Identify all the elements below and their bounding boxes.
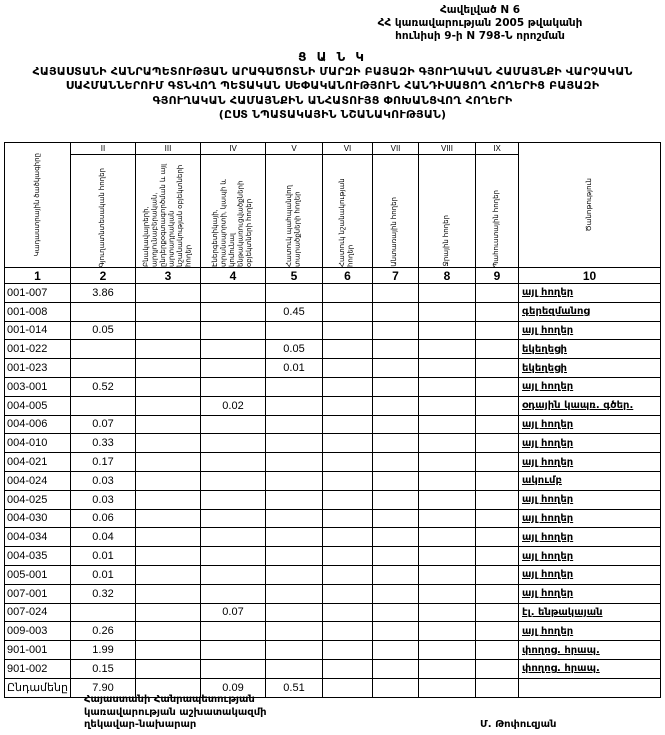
area-cell-c8 xyxy=(419,321,476,340)
area-cell-c7 xyxy=(373,453,419,472)
area-cell-c8 xyxy=(419,603,476,622)
area-cell-c6 xyxy=(323,528,373,547)
area-cell-c9 xyxy=(476,434,519,453)
area-cell-c7 xyxy=(373,547,419,566)
area-cell-c3 xyxy=(136,415,201,434)
area-cell-c6 xyxy=(323,359,373,378)
area-cell-c3 xyxy=(136,284,201,303)
area-cell-c2: 0.33 xyxy=(71,434,136,453)
area-cell-c7 xyxy=(373,509,419,528)
cadastral-code-cell: 001-014 xyxy=(5,321,71,340)
area-cell-c2: 0.01 xyxy=(71,565,136,584)
area-cell-c7 xyxy=(373,415,419,434)
area-cell-c4 xyxy=(201,490,266,509)
area-cell-c2 xyxy=(71,396,136,415)
area-cell-c7 xyxy=(373,321,419,340)
table-row: 004-0240.03ակումբ xyxy=(5,471,661,490)
area-cell-c6 xyxy=(323,678,373,697)
area-cell-c9 xyxy=(476,453,519,472)
area-cell-c4 xyxy=(201,528,266,547)
table-row: 001-0080.45գերեզմանոց xyxy=(5,302,661,321)
cadastral-code-cell: 009-003 xyxy=(5,622,71,641)
area-cell-c8 xyxy=(419,641,476,660)
table-row: 901-0020.15փողոց. հրապ. xyxy=(5,659,661,678)
area-cell-c5: 0.45 xyxy=(266,302,323,321)
area-cell-c7 xyxy=(373,565,419,584)
area-cell-c2 xyxy=(71,302,136,321)
area-cell-c4 xyxy=(201,340,266,359)
area-cell-c9 xyxy=(476,565,519,584)
column-number: 10 xyxy=(519,268,661,284)
area-cell-c5 xyxy=(266,584,323,603)
area-cell-c8 xyxy=(419,284,476,303)
area-cell-c4 xyxy=(201,377,266,396)
area-cell-c8 xyxy=(419,302,476,321)
cadastral-code-cell: 004-005 xyxy=(5,396,71,415)
column-number-row: 1 2 3 4 5 6 7 8 9 10 xyxy=(5,268,661,284)
area-cell-c8 xyxy=(419,659,476,678)
area-cell-c7 xyxy=(373,659,419,678)
area-cell-c5 xyxy=(266,490,323,509)
header-special-purpose: Հատուկ նշանակության հողեր xyxy=(323,155,373,268)
note-cell: այլ հողեր xyxy=(519,584,661,603)
area-cell-c6 xyxy=(323,471,373,490)
area-cell-c9 xyxy=(476,528,519,547)
area-cell-c9 xyxy=(476,471,519,490)
area-cell-c2: 0.26 xyxy=(71,622,136,641)
area-cell-c2: 0.15 xyxy=(71,659,136,678)
area-cell-c8 xyxy=(419,359,476,378)
table-row: 003-0010.52այլ հողեր xyxy=(5,377,661,396)
header-settlements-industrial: Բնակավայրերի, արդյունաբերական, ընդերքօգտ… xyxy=(136,155,201,268)
area-cell-c2: 0.07 xyxy=(71,415,136,434)
note-cell: այլ հողեր xyxy=(519,565,661,584)
area-cell-c9 xyxy=(476,622,519,641)
cadastral-code-cell: Ընդամենը xyxy=(5,678,71,697)
document-title: Ց Ա Ն Կ ՀԱՅԱՍՏԱՆԻ ՀԱՆՐԱՊԵՏՈՒԹՅԱՆ ԱՐԱԳԱԾՈ… xyxy=(0,50,665,123)
area-cell-c7 xyxy=(373,359,419,378)
area-cell-c9 xyxy=(476,377,519,396)
title-line-2: ՍԱՀՄԱՆՆԵՐՈՒՄ ԳՏՆՎՈՂ ՊԵՏԱԿԱՆ ՍԵՓԱԿԱՆՈՒԹՅՈ… xyxy=(0,79,665,94)
area-cell-c6 xyxy=(323,622,373,641)
area-cell-c5 xyxy=(266,471,323,490)
area-cell-c6 xyxy=(323,490,373,509)
column-number: 2 xyxy=(71,268,136,284)
table-row: 004-0250.03այլ հողեր xyxy=(5,490,661,509)
area-cell-c5 xyxy=(266,434,323,453)
area-cell-c6 xyxy=(323,377,373,396)
area-cell-c7 xyxy=(373,584,419,603)
signatory-title: Հայաստանի Հանրապետության կառավարության ա… xyxy=(84,694,267,732)
area-cell-c3 xyxy=(136,528,201,547)
area-cell-c5: 0.01 xyxy=(266,359,323,378)
cadastral-code-cell: 001-008 xyxy=(5,302,71,321)
note-cell: գերեզմանոց xyxy=(519,302,661,321)
table-row: 004-0350.01այլ հողեր xyxy=(5,547,661,566)
area-cell-c9 xyxy=(476,584,519,603)
area-cell-c9 xyxy=(476,302,519,321)
table-row: 004-0300.06այլ հողեր xyxy=(5,509,661,528)
title-line-4: (ԸՍՏ ՆՊԱՏԱԿԱՅԻՆ ՆՇԱՆԱԿՈՒԹՅԱՆ) xyxy=(0,108,665,123)
area-cell-c6 xyxy=(323,453,373,472)
table-row: 901-0011.99փողոց. հրապ. xyxy=(5,641,661,660)
area-cell-c4 xyxy=(201,359,266,378)
column-number: 8 xyxy=(419,268,476,284)
cadastral-code-cell: 004-006 xyxy=(5,415,71,434)
note-cell: փողոց. հրապ. xyxy=(519,659,661,678)
area-cell-c2 xyxy=(71,340,136,359)
column-number: 3 xyxy=(136,268,201,284)
area-cell-c5 xyxy=(266,377,323,396)
area-cell-c4 xyxy=(201,584,266,603)
area-cell-c5 xyxy=(266,415,323,434)
note-cell: այլ հողեր xyxy=(519,622,661,641)
table-row: 004-0210.17այլ հողեր xyxy=(5,453,661,472)
area-cell-c8 xyxy=(419,340,476,359)
area-cell-c8 xyxy=(419,490,476,509)
area-cell-c3 xyxy=(136,359,201,378)
area-cell-c9 xyxy=(476,415,519,434)
area-cell-c7 xyxy=(373,622,419,641)
cadastral-code-cell: 004-034 xyxy=(5,528,71,547)
table-row: 001-0140.05այլ հողեր xyxy=(5,321,661,340)
table-row: 004-0340.04այլ հողեր xyxy=(5,528,661,547)
roman-numeral-row: Կադաստրային ծածկագիրը II III IV V VI VII… xyxy=(5,143,661,155)
area-cell-c3 xyxy=(136,603,201,622)
note-cell: այլ հողեր xyxy=(519,321,661,340)
area-cell-c4 xyxy=(201,659,266,678)
title-heading: Ց Ա Ն Կ xyxy=(0,50,665,65)
roman-9: IX xyxy=(476,143,519,155)
area-cell-c6 xyxy=(323,584,373,603)
area-cell-c4 xyxy=(201,622,266,641)
area-cell-c6 xyxy=(323,641,373,660)
area-cell-c9 xyxy=(476,321,519,340)
area-cell-c2: 0.17 xyxy=(71,453,136,472)
area-cell-c6 xyxy=(323,321,373,340)
roman-7: VII xyxy=(373,143,419,155)
area-cell-c9 xyxy=(476,359,519,378)
annex-number: Հավելված N 6 xyxy=(330,4,630,17)
note-cell: այլ հողեր xyxy=(519,284,661,303)
area-cell-c8 xyxy=(419,453,476,472)
area-cell-c2: 0.01 xyxy=(71,547,136,566)
note-cell: այլ հողեր xyxy=(519,434,661,453)
note-cell: այլ հողեր xyxy=(519,509,661,528)
column-number: 1 xyxy=(5,268,71,284)
annex-date: հունիսի 9-ի N 798-Ն որոշման xyxy=(330,30,630,43)
cadastral-code-cell: 004-025 xyxy=(5,490,71,509)
area-cell-c9 xyxy=(476,490,519,509)
cadastral-code-cell: 004-024 xyxy=(5,471,71,490)
area-cell-c5 xyxy=(266,284,323,303)
area-cell-c9 xyxy=(476,509,519,528)
area-cell-c5 xyxy=(266,509,323,528)
area-cell-c5 xyxy=(266,528,323,547)
area-cell-c8 xyxy=(419,396,476,415)
area-cell-c7 xyxy=(373,284,419,303)
area-cell-c4 xyxy=(201,565,266,584)
cadastral-code-cell: 003-001 xyxy=(5,377,71,396)
roman-8: VIII xyxy=(419,143,476,155)
area-cell-c8 xyxy=(419,678,476,697)
cadastral-code-cell: 001-007 xyxy=(5,284,71,303)
area-cell-c6 xyxy=(323,565,373,584)
header-reserve: Պահուստային հողեր xyxy=(476,155,519,268)
area-cell-c9 xyxy=(476,396,519,415)
area-cell-c4 xyxy=(201,641,266,660)
area-cell-c9 xyxy=(476,678,519,697)
title-line-3: ԳՅՈՒՂԱԿԱՆ ՀԱՄԱՅՆՔԻՆ ԱՆՀԱՏՈՒՅՑ ՓՈԽԱՆՑՎՈՂ … xyxy=(0,94,665,109)
note-cell: այլ հողեր xyxy=(519,377,661,396)
area-cell-c2: 3.86 xyxy=(71,284,136,303)
cadastral-code-cell: 004-035 xyxy=(5,547,71,566)
area-cell-c8 xyxy=(419,415,476,434)
area-cell-c4 xyxy=(201,471,266,490)
area-cell-c3 xyxy=(136,453,201,472)
roman-5: V xyxy=(266,143,323,155)
header-agricultural: Գյուղատնտեսական հողեր xyxy=(71,155,136,268)
area-cell-c3 xyxy=(136,434,201,453)
area-cell-c2: 0.52 xyxy=(71,377,136,396)
area-cell-c5 xyxy=(266,396,323,415)
note-cell: այլ հողեր xyxy=(519,547,661,566)
cadastral-code-cell: 007-024 xyxy=(5,603,71,622)
area-cell-c4 xyxy=(201,321,266,340)
area-cell-c9 xyxy=(476,641,519,660)
area-cell-c3 xyxy=(136,396,201,415)
area-cell-c8 xyxy=(419,622,476,641)
area-cell-c5: 0.51 xyxy=(266,678,323,697)
column-number: 7 xyxy=(373,268,419,284)
area-cell-c3 xyxy=(136,565,201,584)
roman-2: II xyxy=(71,143,136,155)
annex-decision: ՀՀ կառավարության 2005 թվականի xyxy=(330,17,630,30)
area-cell-c3 xyxy=(136,547,201,566)
roman-6: VI xyxy=(323,143,373,155)
area-cell-c4 xyxy=(201,509,266,528)
area-cell-c6 xyxy=(323,434,373,453)
column-number: 4 xyxy=(201,268,266,284)
area-cell-c7 xyxy=(373,340,419,359)
area-cell-c4 xyxy=(201,284,266,303)
area-cell-c7 xyxy=(373,302,419,321)
note-cell: ակումբ xyxy=(519,471,661,490)
area-cell-c3 xyxy=(136,641,201,660)
cadastral-code-cell: 004-021 xyxy=(5,453,71,472)
area-cell-c2 xyxy=(71,359,136,378)
area-cell-c8 xyxy=(419,509,476,528)
table-row: 009-0030.26այլ հողեր xyxy=(5,622,661,641)
title-line-1: ՀԱՅԱՍՏԱՆԻ ՀԱՆՐԱՊԵՏՈՒԹՅԱՆ ԱՐԱԳԱԾՈՏՆԻ ՄԱՐԶ… xyxy=(0,65,665,80)
note-cell: այլ հողեր xyxy=(519,453,661,472)
cadastral-code-cell: 007-001 xyxy=(5,584,71,603)
area-cell-c4 xyxy=(201,302,266,321)
area-cell-c3 xyxy=(136,321,201,340)
note-cell: էլ. ենթակայան xyxy=(519,603,661,622)
area-cell-c8 xyxy=(419,584,476,603)
area-cell-c5 xyxy=(266,547,323,566)
area-cell-c2: 0.03 xyxy=(71,490,136,509)
area-cell-c4: 0.02 xyxy=(201,396,266,415)
area-cell-c7 xyxy=(373,678,419,697)
area-cell-c7 xyxy=(373,471,419,490)
area-cell-c5 xyxy=(266,641,323,660)
note-cell: այլ հողեր xyxy=(519,528,661,547)
cadastral-code-cell: 901-002 xyxy=(5,659,71,678)
area-cell-c4 xyxy=(201,547,266,566)
note-cell: օդային կապռ. գծեր. xyxy=(519,396,661,415)
area-cell-c6 xyxy=(323,509,373,528)
header-notes: Ծանոթություն xyxy=(519,143,661,268)
area-cell-c4 xyxy=(201,434,266,453)
cadastral-code-cell: 005-001 xyxy=(5,565,71,584)
area-cell-c5 xyxy=(266,603,323,622)
area-cell-c7 xyxy=(373,396,419,415)
area-cell-c6 xyxy=(323,659,373,678)
column-number: 9 xyxy=(476,268,519,284)
signatory-name: Մ. Թոփուզյան xyxy=(480,719,556,730)
area-cell-c3 xyxy=(136,584,201,603)
area-cell-c8 xyxy=(419,434,476,453)
area-cell-c2: 0.04 xyxy=(71,528,136,547)
header-forest: Անտառային հողեր xyxy=(373,155,419,268)
area-cell-c8 xyxy=(419,471,476,490)
area-cell-c3 xyxy=(136,340,201,359)
area-cell-c2: 0.06 xyxy=(71,509,136,528)
cadastral-code-cell: 901-001 xyxy=(5,641,71,660)
area-cell-c3 xyxy=(136,659,201,678)
area-cell-c7 xyxy=(373,528,419,547)
area-cell-c3 xyxy=(136,622,201,641)
area-cell-c9 xyxy=(476,659,519,678)
table-row: 004-0100.33այլ հողեր xyxy=(5,434,661,453)
table-row: 007-0240.07էլ. ենթակայան xyxy=(5,603,661,622)
cadastral-code-cell: 004-010 xyxy=(5,434,71,453)
area-cell-c6 xyxy=(323,415,373,434)
column-number: 6 xyxy=(323,268,373,284)
area-cell-c9 xyxy=(476,547,519,566)
area-cell-c9 xyxy=(476,340,519,359)
note-cell xyxy=(519,678,661,697)
cadastral-code-cell: 001-023 xyxy=(5,359,71,378)
area-cell-c7 xyxy=(373,603,419,622)
area-cell-c4 xyxy=(201,453,266,472)
note-cell: եկեղեցի xyxy=(519,359,661,378)
land-register-table: Կադաստրային ծածկագիրը II III IV V VI VII… xyxy=(4,142,661,698)
area-cell-c6 xyxy=(323,302,373,321)
table-row: 004-0060.07այլ հողեր xyxy=(5,415,661,434)
note-cell: այլ հողեր xyxy=(519,415,661,434)
area-cell-c2: 1.99 xyxy=(71,641,136,660)
area-cell-c7 xyxy=(373,490,419,509)
cadastral-code-cell: 001-022 xyxy=(5,340,71,359)
area-cell-c8 xyxy=(419,547,476,566)
table-row: 001-0220.05եկեղեցի xyxy=(5,340,661,359)
area-cell-c9 xyxy=(476,284,519,303)
note-cell: այլ հողեր xyxy=(519,490,661,509)
header-cadastral-code: Կադաստրային ծածկագիրը xyxy=(5,143,71,268)
table-row: 007-0010.32այլ հողեր xyxy=(5,584,661,603)
table-row: 004-0050.02օդային կապռ. գծեր. xyxy=(5,396,661,415)
note-cell: փողոց. հրապ. xyxy=(519,641,661,660)
area-cell-c8 xyxy=(419,528,476,547)
area-cell-c6 xyxy=(323,603,373,622)
area-cell-c5 xyxy=(266,622,323,641)
area-cell-c6 xyxy=(323,284,373,303)
area-cell-c7 xyxy=(373,641,419,660)
area-cell-c3 xyxy=(136,490,201,509)
area-cell-c2: 0.03 xyxy=(71,471,136,490)
area-cell-c3 xyxy=(136,509,201,528)
area-cell-c6 xyxy=(323,396,373,415)
roman-3: III xyxy=(136,143,201,155)
header-energy-transport: Էներգետիկայի, տրանսպորտի, կապի և կոմունա… xyxy=(201,155,266,268)
table-row: 005-0010.01այլ հողեր xyxy=(5,565,661,584)
column-number: 5 xyxy=(266,268,323,284)
annex-reference: Հավելված N 6 ՀՀ կառավարության 2005 թվակա… xyxy=(330,4,630,43)
area-cell-c8 xyxy=(419,565,476,584)
area-cell-c4: 0.07 xyxy=(201,603,266,622)
area-cell-c5: 0.05 xyxy=(266,340,323,359)
area-cell-c9 xyxy=(476,603,519,622)
area-cell-c3 xyxy=(136,471,201,490)
area-cell-c3 xyxy=(136,377,201,396)
area-cell-c3 xyxy=(136,302,201,321)
header-protected-areas: Հատուկ պահպանվող տարածքների հողեր xyxy=(266,155,323,268)
area-cell-c2: 0.32 xyxy=(71,584,136,603)
area-cell-c5 xyxy=(266,659,323,678)
area-cell-c5 xyxy=(266,565,323,584)
table-row: 001-0230.01եկեղեցի xyxy=(5,359,661,378)
area-cell-c7 xyxy=(373,434,419,453)
header-water: Ջրային հողեր xyxy=(419,155,476,268)
roman-4: IV xyxy=(201,143,266,155)
area-cell-c4 xyxy=(201,415,266,434)
area-cell-c5 xyxy=(266,321,323,340)
area-cell-c7 xyxy=(373,377,419,396)
table-row: 001-0073.86այլ հողեր xyxy=(5,284,661,303)
area-cell-c6 xyxy=(323,547,373,566)
note-cell: եկեղեցի xyxy=(519,340,661,359)
area-cell-c8 xyxy=(419,377,476,396)
area-cell-c2 xyxy=(71,603,136,622)
area-cell-c6 xyxy=(323,340,373,359)
area-cell-c5 xyxy=(266,453,323,472)
area-cell-c2: 0.05 xyxy=(71,321,136,340)
cadastral-code-cell: 004-030 xyxy=(5,509,71,528)
